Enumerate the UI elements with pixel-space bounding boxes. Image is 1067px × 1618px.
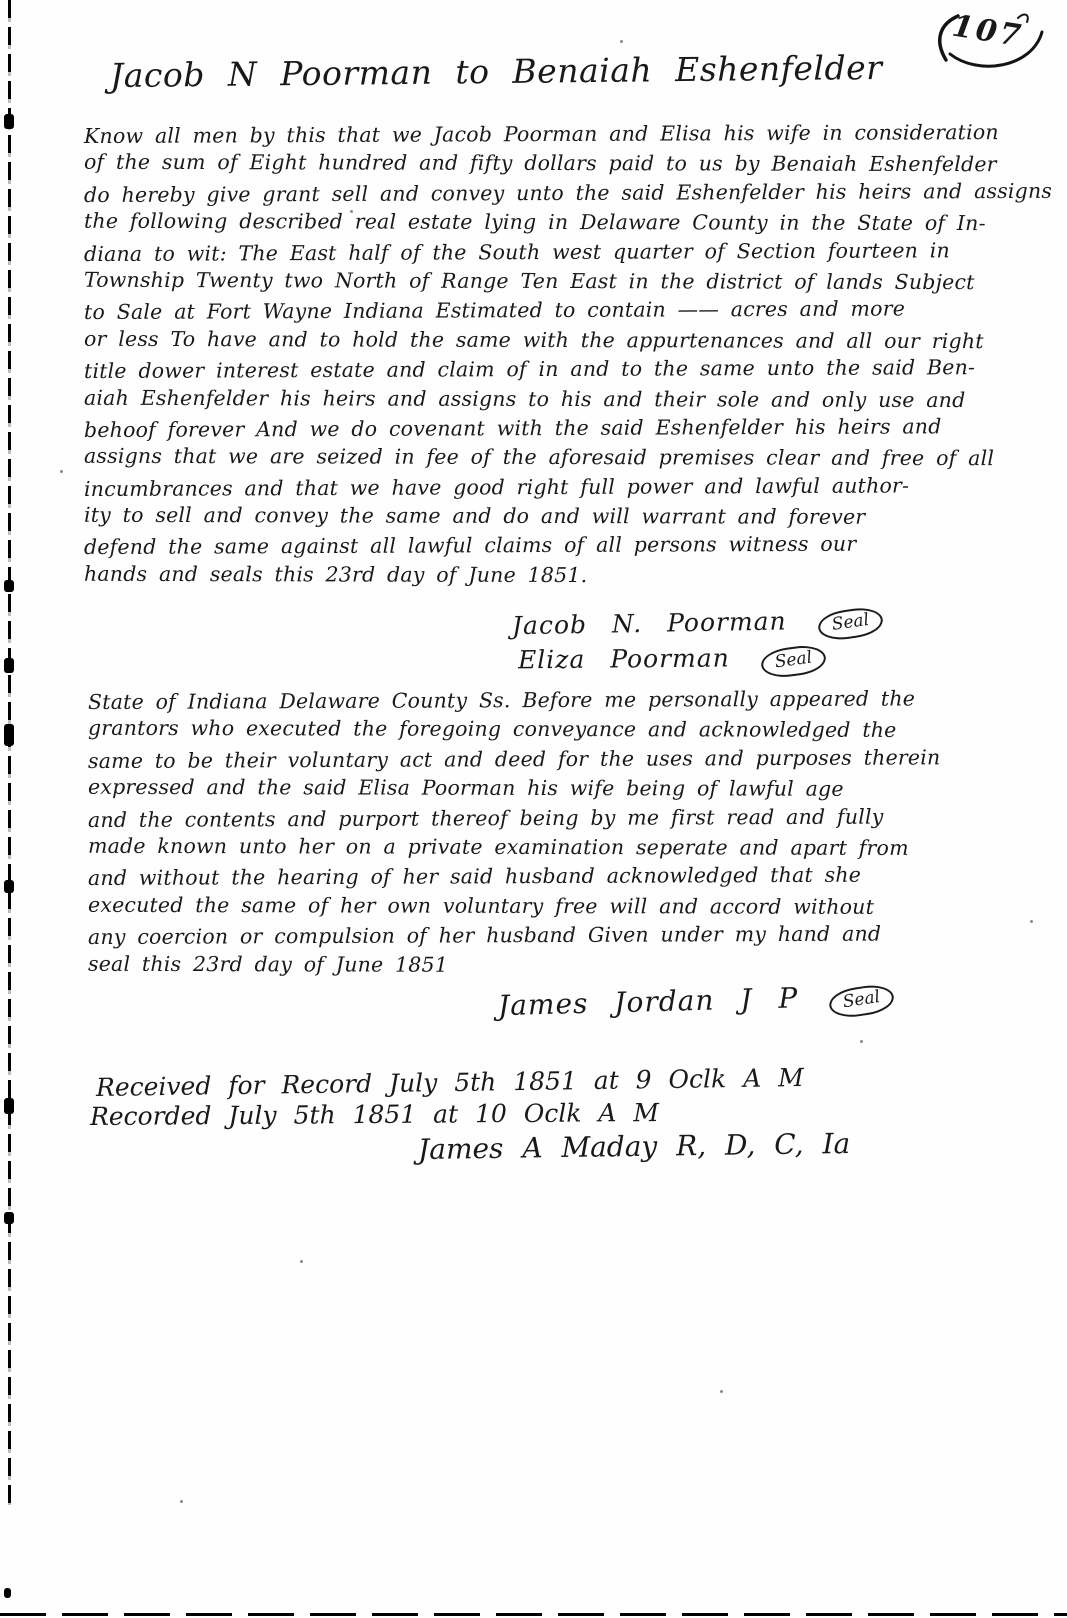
ink-blob xyxy=(4,658,14,673)
seal-flourish: Seal xyxy=(816,605,885,643)
acknowledgment-line: grantors who executed the foregoing conv… xyxy=(88,714,1018,746)
deed-line: hands and seals this 23rd day of June 18… xyxy=(84,560,1019,592)
scan-edge-artifact-bottom xyxy=(0,1613,1067,1616)
deed-line: incumbrances and that we have good right… xyxy=(84,471,1019,504)
page-number-flourish: 107 xyxy=(920,6,1060,72)
acknowledgment-line: and without the hearing of her said husb… xyxy=(88,860,1018,893)
ink-blob xyxy=(4,1098,14,1114)
seal-flourish: Seal xyxy=(759,643,828,680)
deed-line: or less To have and to hold the same wit… xyxy=(84,325,1019,357)
acknowledgment-line: any coercion or compulsion of her husban… xyxy=(88,919,1018,952)
deed-body: Know all men by this that we Jacob Poorm… xyxy=(84,120,1019,590)
acknowledgment-line: same to be their voluntary act and deed … xyxy=(88,743,1018,776)
document-title: Jacob N Poorman to Benaiah Eshenfelder xyxy=(110,48,883,95)
scan-edge-artifact-left xyxy=(8,0,11,1505)
ink-blob xyxy=(4,724,14,746)
scan-speckle xyxy=(720,1390,723,1393)
seal-flourish: Seal xyxy=(828,982,897,1020)
acknowledgment-line: State of Indiana Delaware County Ss. Bef… xyxy=(88,684,1018,717)
signature-name: Eliza Poorman xyxy=(518,643,730,674)
ink-blob xyxy=(4,580,14,592)
received-for-record-line: Received for Record July 5th 1851 at 9 O… xyxy=(96,1063,804,1102)
deed-line: Know all men by this that we Jacob Poorm… xyxy=(84,118,1019,151)
scan-speckle xyxy=(1030,920,1033,923)
acknowledgment-line: executed the same of her own voluntary f… xyxy=(88,891,1018,923)
deed-line: aiah Eshenfelder his heirs and assigns t… xyxy=(84,383,1019,415)
ink-blob xyxy=(4,114,14,129)
signature-name: Jacob N. Poorman xyxy=(512,606,787,640)
deed-line: defend the same against all lawful claim… xyxy=(84,529,1019,562)
deed-line: Township Twenty two North of Range Ten E… xyxy=(84,266,1019,298)
recorded-line: Recorded July 5th 1851 at 10 Oclk A M xyxy=(90,1098,659,1131)
acknowledgment-line: expressed and the said Elisa Poorman his… xyxy=(88,773,1018,805)
grantor-signature: Jacob N. Poorman Seal xyxy=(512,605,884,644)
deed-line: assigns that we are seized in fee of the… xyxy=(84,442,1019,474)
deed-line: ity to sell and convey the same and do a… xyxy=(84,501,1019,533)
scan-speckle xyxy=(300,1260,303,1263)
scan-speckle xyxy=(620,40,623,43)
ink-blob xyxy=(4,880,14,893)
deed-line: the following described real estate lyin… xyxy=(84,207,1019,239)
ink-blob xyxy=(4,1212,14,1224)
deed-line: do hereby give grant sell and convey unt… xyxy=(84,177,1019,210)
acknowledgment-line: seal this 23rd day of June 1851 xyxy=(88,949,1018,981)
acknowledgment-line: and the contents and purport thereof bei… xyxy=(88,802,1018,835)
scan-speckle xyxy=(860,1040,863,1043)
deed-line: behoof forever And we do covenant with t… xyxy=(84,412,1019,445)
officer-signature: James Jordan J P Seal xyxy=(498,979,895,1025)
grantor-signature: Eliza Poorman Seal xyxy=(518,643,826,679)
scan-speckle xyxy=(60,470,63,473)
ink-blob xyxy=(4,1588,11,1598)
recorder-signature: James A Maday R, D, C, Ia xyxy=(418,1127,851,1166)
deed-line: to Sale at Fort Wayne Indiana Estimated … xyxy=(84,294,1019,327)
scan-speckle xyxy=(180,1500,183,1503)
acknowledgment-body: State of Indiana Delaware County Ss. Bef… xyxy=(88,686,1018,980)
deed-line: title dower interest estate and claim of… xyxy=(84,353,1019,386)
signature-name: James Jordan J P xyxy=(498,981,799,1022)
deed-line: of the sum of Eight hundred and fifty do… xyxy=(84,148,1019,180)
deed-line: diana to wit: The East half of the South… xyxy=(84,236,1019,269)
acknowledgment-line: made known unto her on a private examina… xyxy=(88,832,1018,864)
scanned-deed-page: 107 Jacob N Poorman to Benaiah Eshenfeld… xyxy=(0,0,1067,1618)
